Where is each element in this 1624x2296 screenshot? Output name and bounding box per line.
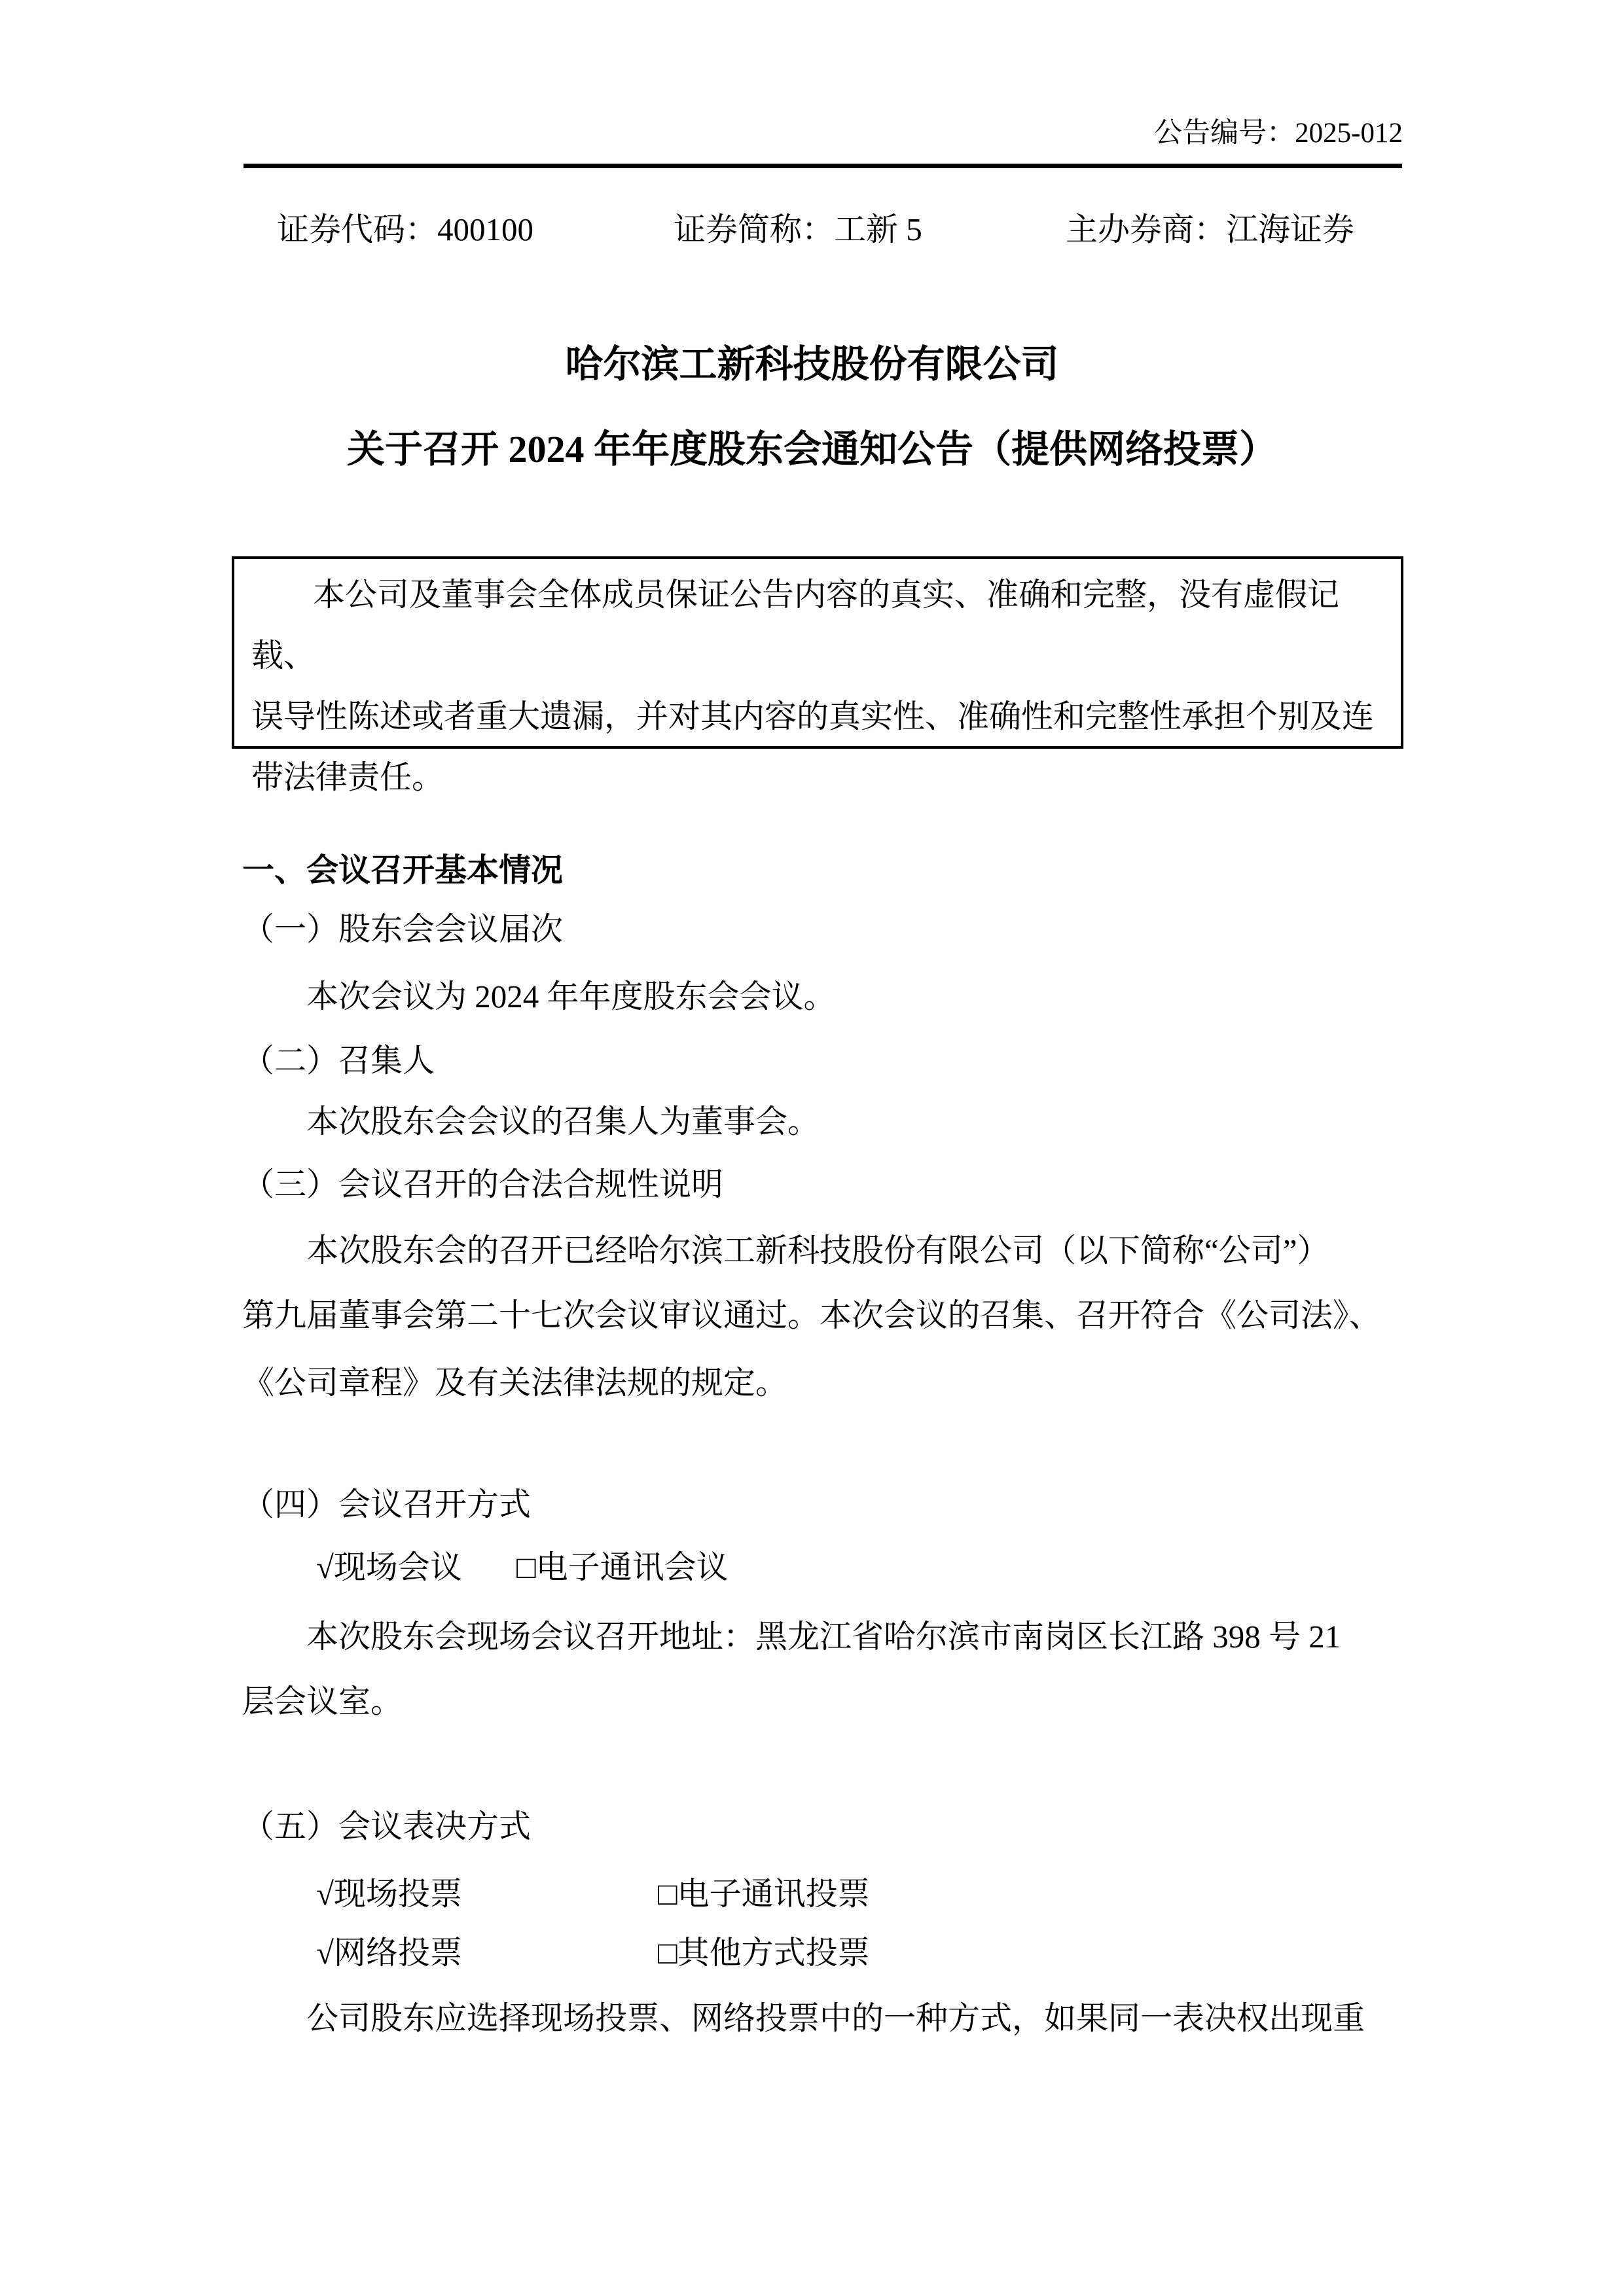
- checked-mark-icon: √: [316, 1935, 334, 1971]
- option-label: 电子通讯会议: [536, 1549, 729, 1585]
- subsection-heading-4: （四）会议召开方式: [242, 1473, 1404, 1537]
- unchecked-box-icon: □: [658, 1935, 677, 1971]
- subsection-body-3-line: 本次股东会的召开已经哈尔滨工新科技股份有限公司（以下简称“公司”）: [242, 1219, 1468, 1283]
- subsection-body-4-line: 层会议室。: [242, 1670, 1404, 1734]
- company-title: 哈尔滨工新科技股份有限公司: [0, 342, 1624, 387]
- option-label: 电子通讯投票: [677, 1876, 870, 1912]
- option-network-voting: √网络投票: [316, 1921, 462, 1985]
- header-rule: [244, 164, 1402, 168]
- subsection-body-1: 本次会议为 2024 年年度股东会会议。: [242, 965, 1468, 1029]
- announcement-title: 关于召开 2024 年年度股东会通知公告（提供网络投票）: [0, 427, 1624, 473]
- disclaimer-line: 带法律责任。: [251, 747, 1386, 808]
- option-electronic-voting: □电子通讯投票: [658, 1862, 870, 1926]
- checked-mark-icon: √: [316, 1549, 334, 1585]
- subsection-body-4-line: 本次股东会现场会议召开地址：黑龙江省哈尔滨市南岗区长江路 398 号 21: [242, 1605, 1468, 1669]
- option-label: 其他方式投票: [677, 1935, 870, 1971]
- announcement-number: 公告编号：2025-012: [1154, 113, 1403, 154]
- disclaimer-box: 本公司及董事会全体成员保证公告内容的真实、准确和完整，没有虚假记载、 误导性陈述…: [232, 556, 1403, 749]
- option-label: 现场投票: [334, 1876, 462, 1912]
- option-onsite-meeting: √现场会议: [316, 1535, 462, 1600]
- disclaimer-line: 本公司及董事会全体成员保证公告内容的真实、准确和完整，没有虚假记载、: [251, 564, 1386, 686]
- subsection-heading-5: （五）会议表决方式: [242, 1795, 1404, 1859]
- subsection-body-3-line: 《公司章程》及有关法律法规的规定。: [242, 1351, 1404, 1415]
- unchecked-box-icon: □: [658, 1876, 677, 1912]
- unchecked-box-icon: □: [516, 1549, 536, 1585]
- section-heading: 一、会议召开基本情况: [242, 838, 1404, 903]
- security-short-name: 证券简称：工新 5: [674, 209, 922, 250]
- option-electronic-meeting: □电子通讯会议: [516, 1535, 729, 1600]
- option-label: 网络投票: [334, 1935, 462, 1971]
- subsection-heading-3: （三）会议召开的合法合规性说明: [242, 1153, 1404, 1217]
- subsection-body-3-line: 第九届董事会第二十七次会议审议通过。本次会议的召集、召开符合《公司法》、: [242, 1283, 1404, 1348]
- checked-mark-icon: √: [316, 1876, 334, 1912]
- document-page: 公告编号：2025-012 证券代码：400100 证券简称：工新 5 主办券商…: [0, 0, 1624, 2296]
- disclaimer-line: 误导性陈述或者重大遗漏，并对其内容的真实性、准确性和完整性承担个别及连: [251, 686, 1386, 747]
- option-onsite-voting: √现场投票: [316, 1862, 462, 1926]
- security-code: 证券代码：400100: [277, 209, 533, 250]
- option-other-voting: □其他方式投票: [658, 1921, 870, 1985]
- subsection-body-2: 本次股东会会议的召集人为董事会。: [242, 1090, 1468, 1154]
- sponsor-broker: 主办券商：江海证券: [1066, 209, 1354, 250]
- subsection-body-5: 公司股东应选择现场投票、网络投票中的一种方式，如果同一表决权出现重: [242, 1986, 1468, 2051]
- subsection-heading-2: （二）召集人: [242, 1029, 1404, 1093]
- subsection-heading-1: （一）股东会会议届次: [242, 897, 1404, 961]
- option-label: 现场会议: [334, 1549, 462, 1585]
